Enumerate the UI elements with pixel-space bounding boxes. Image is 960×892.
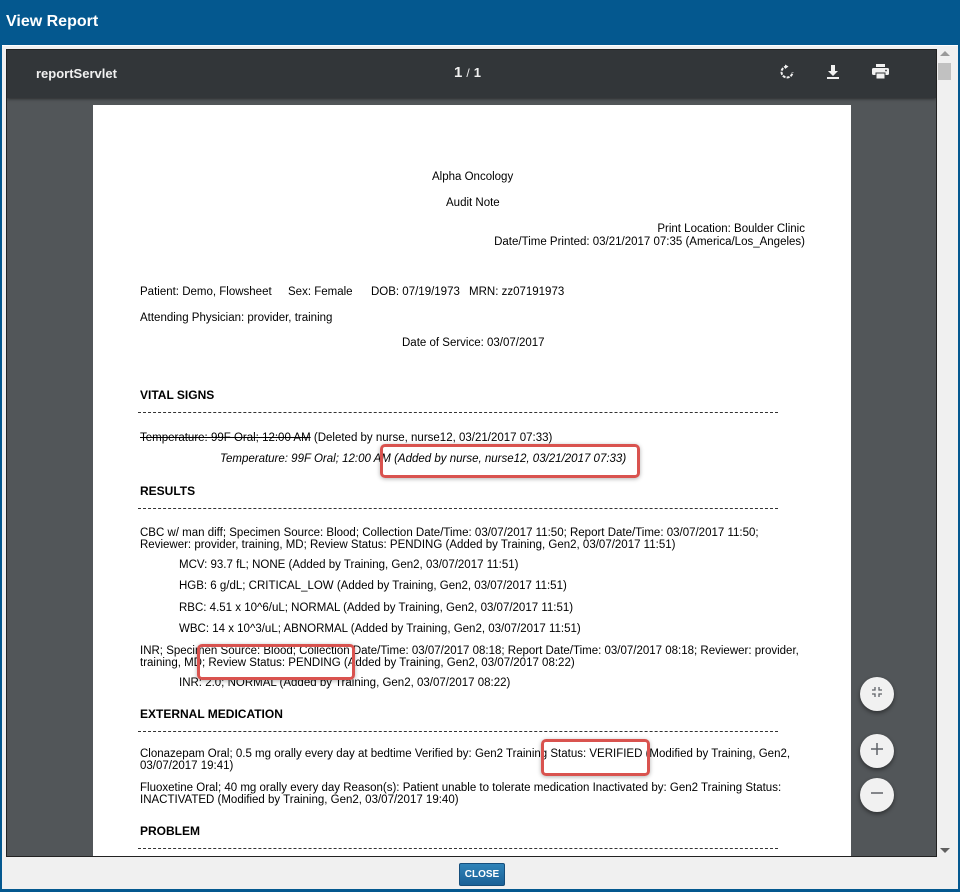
section-divider: [138, 848, 778, 849]
highlight-box-review-status: [197, 644, 355, 680]
patient-name: Patient: Demo, Flowsheet: [140, 286, 272, 298]
pdf-toolbar: reportServlet 1/1: [7, 50, 936, 98]
zoom-in-icon: [870, 742, 884, 761]
download-button[interactable]: [822, 63, 844, 85]
scrollbar-thumb[interactable]: [938, 63, 951, 80]
zoom-out-button[interactable]: [860, 778, 894, 812]
report-title: Audit Note: [446, 197, 500, 209]
zoom-out-icon: [870, 786, 884, 805]
vertical-scrollbar[interactable]: [937, 49, 953, 857]
current-page[interactable]: 1: [454, 64, 462, 81]
scroll-down-arrow-icon[interactable]: [940, 848, 950, 853]
fit-page-button[interactable]: [860, 677, 894, 711]
scroll-up-arrow-icon[interactable]: [940, 51, 950, 56]
print-icon: [872, 64, 889, 84]
section-divider: [138, 508, 778, 509]
struck-text: Temperature: 99F Oral; 12:00 AM: [140, 432, 311, 444]
rotate-button[interactable]: [776, 63, 798, 85]
rotate-icon: [779, 64, 795, 85]
section-divider: [138, 731, 778, 732]
total-pages: 1: [474, 65, 481, 80]
result-item: MCV: 93.7 fL; NONE (Added by Training, G…: [179, 559, 518, 571]
dialog-footer: CLOSE: [2, 859, 958, 889]
dialog-title: View Report: [6, 13, 98, 31]
org-name: Alpha Oncology: [432, 171, 513, 183]
zoom-in-button[interactable]: [860, 734, 894, 768]
dialog-body: reportServlet 1/1 Alpha Oncology: [2, 45, 958, 860]
report-page: Alpha Oncology Audit Note Print Location…: [93, 105, 851, 857]
attending-physician: Attending Physician: provider, training: [140, 312, 332, 324]
deleted-note: (Deleted by nurse, nurse12, 03/21/2017 0…: [311, 432, 553, 444]
result-cbc: CBC w/ man diff; Specimen Source: Blood;…: [140, 527, 800, 551]
result-item: RBC: 4.51 x 10^6/uL; NORMAL (Added by Tr…: [179, 602, 573, 614]
print-location: Print Location: Boulder Clinic: [657, 223, 805, 235]
patient-dob: DOB: 07/19/1973: [371, 286, 460, 298]
date-of-service: Date of Service: 03/07/2017: [402, 337, 545, 349]
result-item: HGB: 6 g/dL; CRITICAL_LOW (Added by Trai…: [179, 580, 567, 592]
medication-entry: Clonazepam Oral; 0.5 mg orally every day…: [140, 748, 810, 772]
patient-sex: Sex: Female: [288, 286, 353, 298]
section-heading-vital-signs: VITAL SIGNS: [140, 388, 214, 402]
medication-entry: Fluoxetine Oral; 40 mg orally every day …: [140, 782, 810, 806]
fit-page-icon: [871, 685, 883, 703]
highlight-box-added-vital: [380, 444, 640, 478]
patient-mrn: MRN: zz07191973: [469, 286, 564, 298]
result-item: WBC: 14 x 10^3/uL; ABNORMAL (Added by Tr…: [179, 623, 581, 635]
page-indicator: 1/1: [454, 64, 481, 81]
vital-deleted-entry: Temperature: 99F Oral; 12:00 AM (Deleted…: [140, 432, 552, 444]
document-name: reportServlet: [36, 66, 117, 81]
download-icon: [826, 64, 840, 85]
section-heading-results: RESULTS: [140, 484, 195, 498]
print-button[interactable]: [869, 63, 891, 85]
section-heading-external-medication: EXTERNAL MEDICATION: [140, 707, 283, 721]
section-divider: [138, 412, 778, 413]
pdf-viewer: reportServlet 1/1 Alpha Oncology: [6, 49, 937, 857]
close-button[interactable]: CLOSE: [459, 863, 505, 886]
highlight-box-verified-status: [541, 739, 650, 776]
printed-datetime: Date/Time Printed: 03/21/2017 07:35 (Ame…: [494, 236, 805, 248]
section-heading-problem: PROBLEM: [140, 824, 200, 838]
page-separator: /: [466, 66, 469, 80]
dialog-titlebar: View Report: [0, 0, 960, 44]
